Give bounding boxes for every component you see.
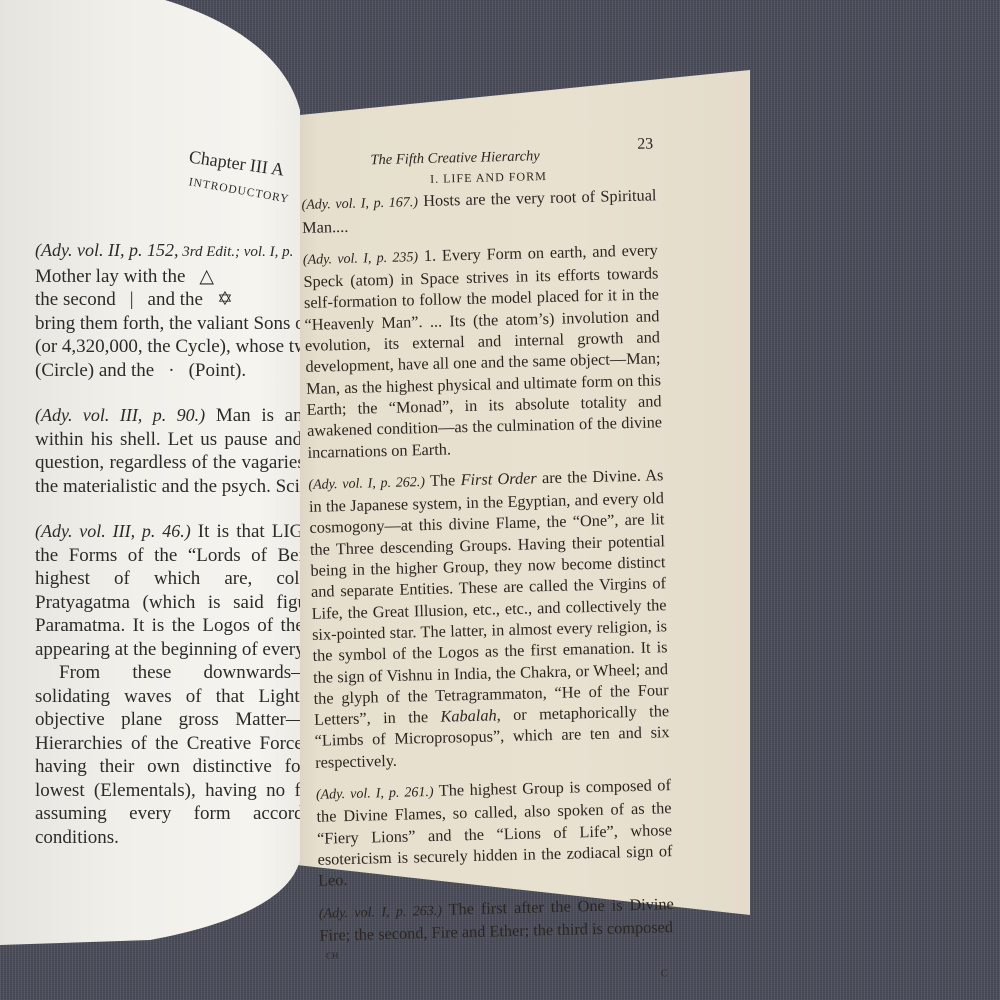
paragraph-text: are the Divine. As in the Japanese syste… [309,465,669,729]
citation: (Ady. vol. I, p. 263.) [319,903,442,921]
paragraph: (Ady. vol. I, p. 261.) The highest Group… [316,774,674,891]
italic-term: Kabalah [440,705,497,725]
italic-term: First Order [460,468,537,489]
paragraph-text: The [425,470,461,490]
citation: (Ady. vol. I, p. 235) [303,250,419,268]
citation: (Ady. vol. III, p. 90.) [35,405,205,425]
paragraph: (Ady. vol. I, p. 167.) Hosts are the ver… [301,185,657,238]
page-number: 23 [637,133,654,155]
gathering-letter: C [661,963,668,984]
point-glyph-icon: · [168,359,174,383]
citation: (Ady. vol. I, p. 261.) [316,785,434,803]
running-head-title: The Fifth Creative Hierarchy [370,146,540,171]
right-page-text: The Fifth Creative Hierarchy 23 I. LIFE … [300,131,676,986]
page-footer: CH C [320,937,676,986]
left-book-page: Chapter III A INTRODUCTORY (Ady. vol. II… [0,0,302,1000]
paragraph-text: 1. Every Form on earth, and every Speck … [303,240,662,461]
star-glyph-icon: ✡ [217,288,233,312]
citation: (Ady. vol. II, p. 152, [35,240,178,260]
paragraph: (Ady. vol. I, p. 262.) The First Order a… [308,464,670,773]
signature-mark: CH [326,945,339,967]
citation: (Ady. vol. I, p. 167.) [301,195,418,213]
triangle-glyph-icon: △ [199,265,214,289]
paragraph: (Ady. vol. I, p. 235) 1. Every Form on e… [303,239,663,463]
bar-glyph-icon: | [130,288,134,312]
citation: (Ady. vol. I, p. 262.) [308,475,425,493]
citation: (Ady. vol. III, p. 46.) [35,521,191,541]
